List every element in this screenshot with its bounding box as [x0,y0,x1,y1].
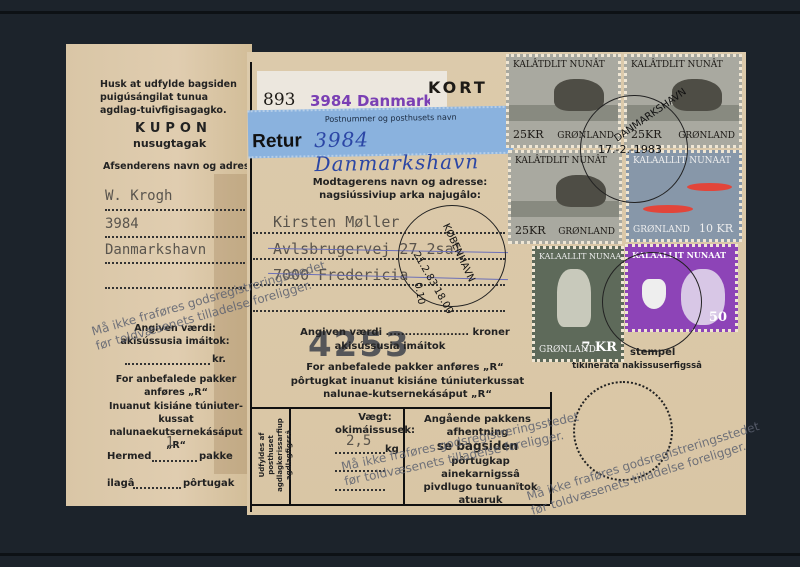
count-label-da: Hermed [107,450,151,463]
cancel-origin-date: 17.-2.-1983 [598,143,662,156]
coupon-registered-note-kl: Inuanut kisiáne túniuter-kussat nalunaek… [106,400,246,452]
sender-name: W. Krogh [105,190,172,203]
sender-city: Danmarkshavn [105,244,206,257]
dotted-line [335,489,385,491]
registered-note: For anbefalede pakker anføres „R“ [285,361,525,374]
recipient-label: Modtagerens navn og adresse: nagsiússivi… [300,176,500,202]
album-line-top [0,11,800,14]
coupon-subtitle: nusugtagak [133,137,206,150]
return-hint: Postnummer og posthusets navn [325,113,457,124]
coupon-registered-note: For anbefalede pakker anføres „R“ [106,373,246,399]
card-title: KORT [428,78,488,97]
post-office-side-label: Udfyldes af posthuset agdlagkerissarfiup… [258,415,294,495]
value-label-kl: akisússusia imáitok [330,340,450,353]
count-label-kl: ilagâ [107,477,135,490]
coupon-reminder: Husk at udfylde bagsiden puigúsángilat t… [100,78,250,117]
table-top-border [250,407,550,409]
return-word: Retur [252,130,302,153]
value-label: Angiven værdi ...................... kro… [285,326,525,339]
sender-label: Afsenderens navn og adresse: nagsiússiss… [103,160,251,173]
dotted-line [105,236,245,238]
return-handwritten: 3984 Danmarkshavn [314,125,514,176]
album-line-bottom [0,553,800,556]
parcel-count: 1 [166,436,174,449]
count-unit-da: pakke [199,450,233,463]
coupon-value-unit: kr. [212,353,226,366]
dotted-line [133,487,181,489]
coupon-title: KUPON [135,122,212,135]
weight-label: Vægt: okimáissusek: [330,411,420,437]
dotted-line [105,209,245,211]
dotted-line [105,262,245,264]
label-number: 893 [263,90,295,110]
registered-note-kl: pôrtugkat inuanut kisiáne túniuterkussat… [270,375,545,401]
dotted-line [125,363,210,365]
weight-value: 2,5 [346,433,371,449]
recipient-name: Kirsten Møller [273,213,399,231]
dotted-line [152,460,197,462]
count-unit-kl: pôrtugak [183,477,234,490]
sender-postcode: 3984 [105,218,139,231]
return-label: Postnummer og posthusets navn Retur 3984… [248,106,514,159]
cancel-mark-origin-2 [602,252,702,352]
dotted-line [253,310,505,312]
